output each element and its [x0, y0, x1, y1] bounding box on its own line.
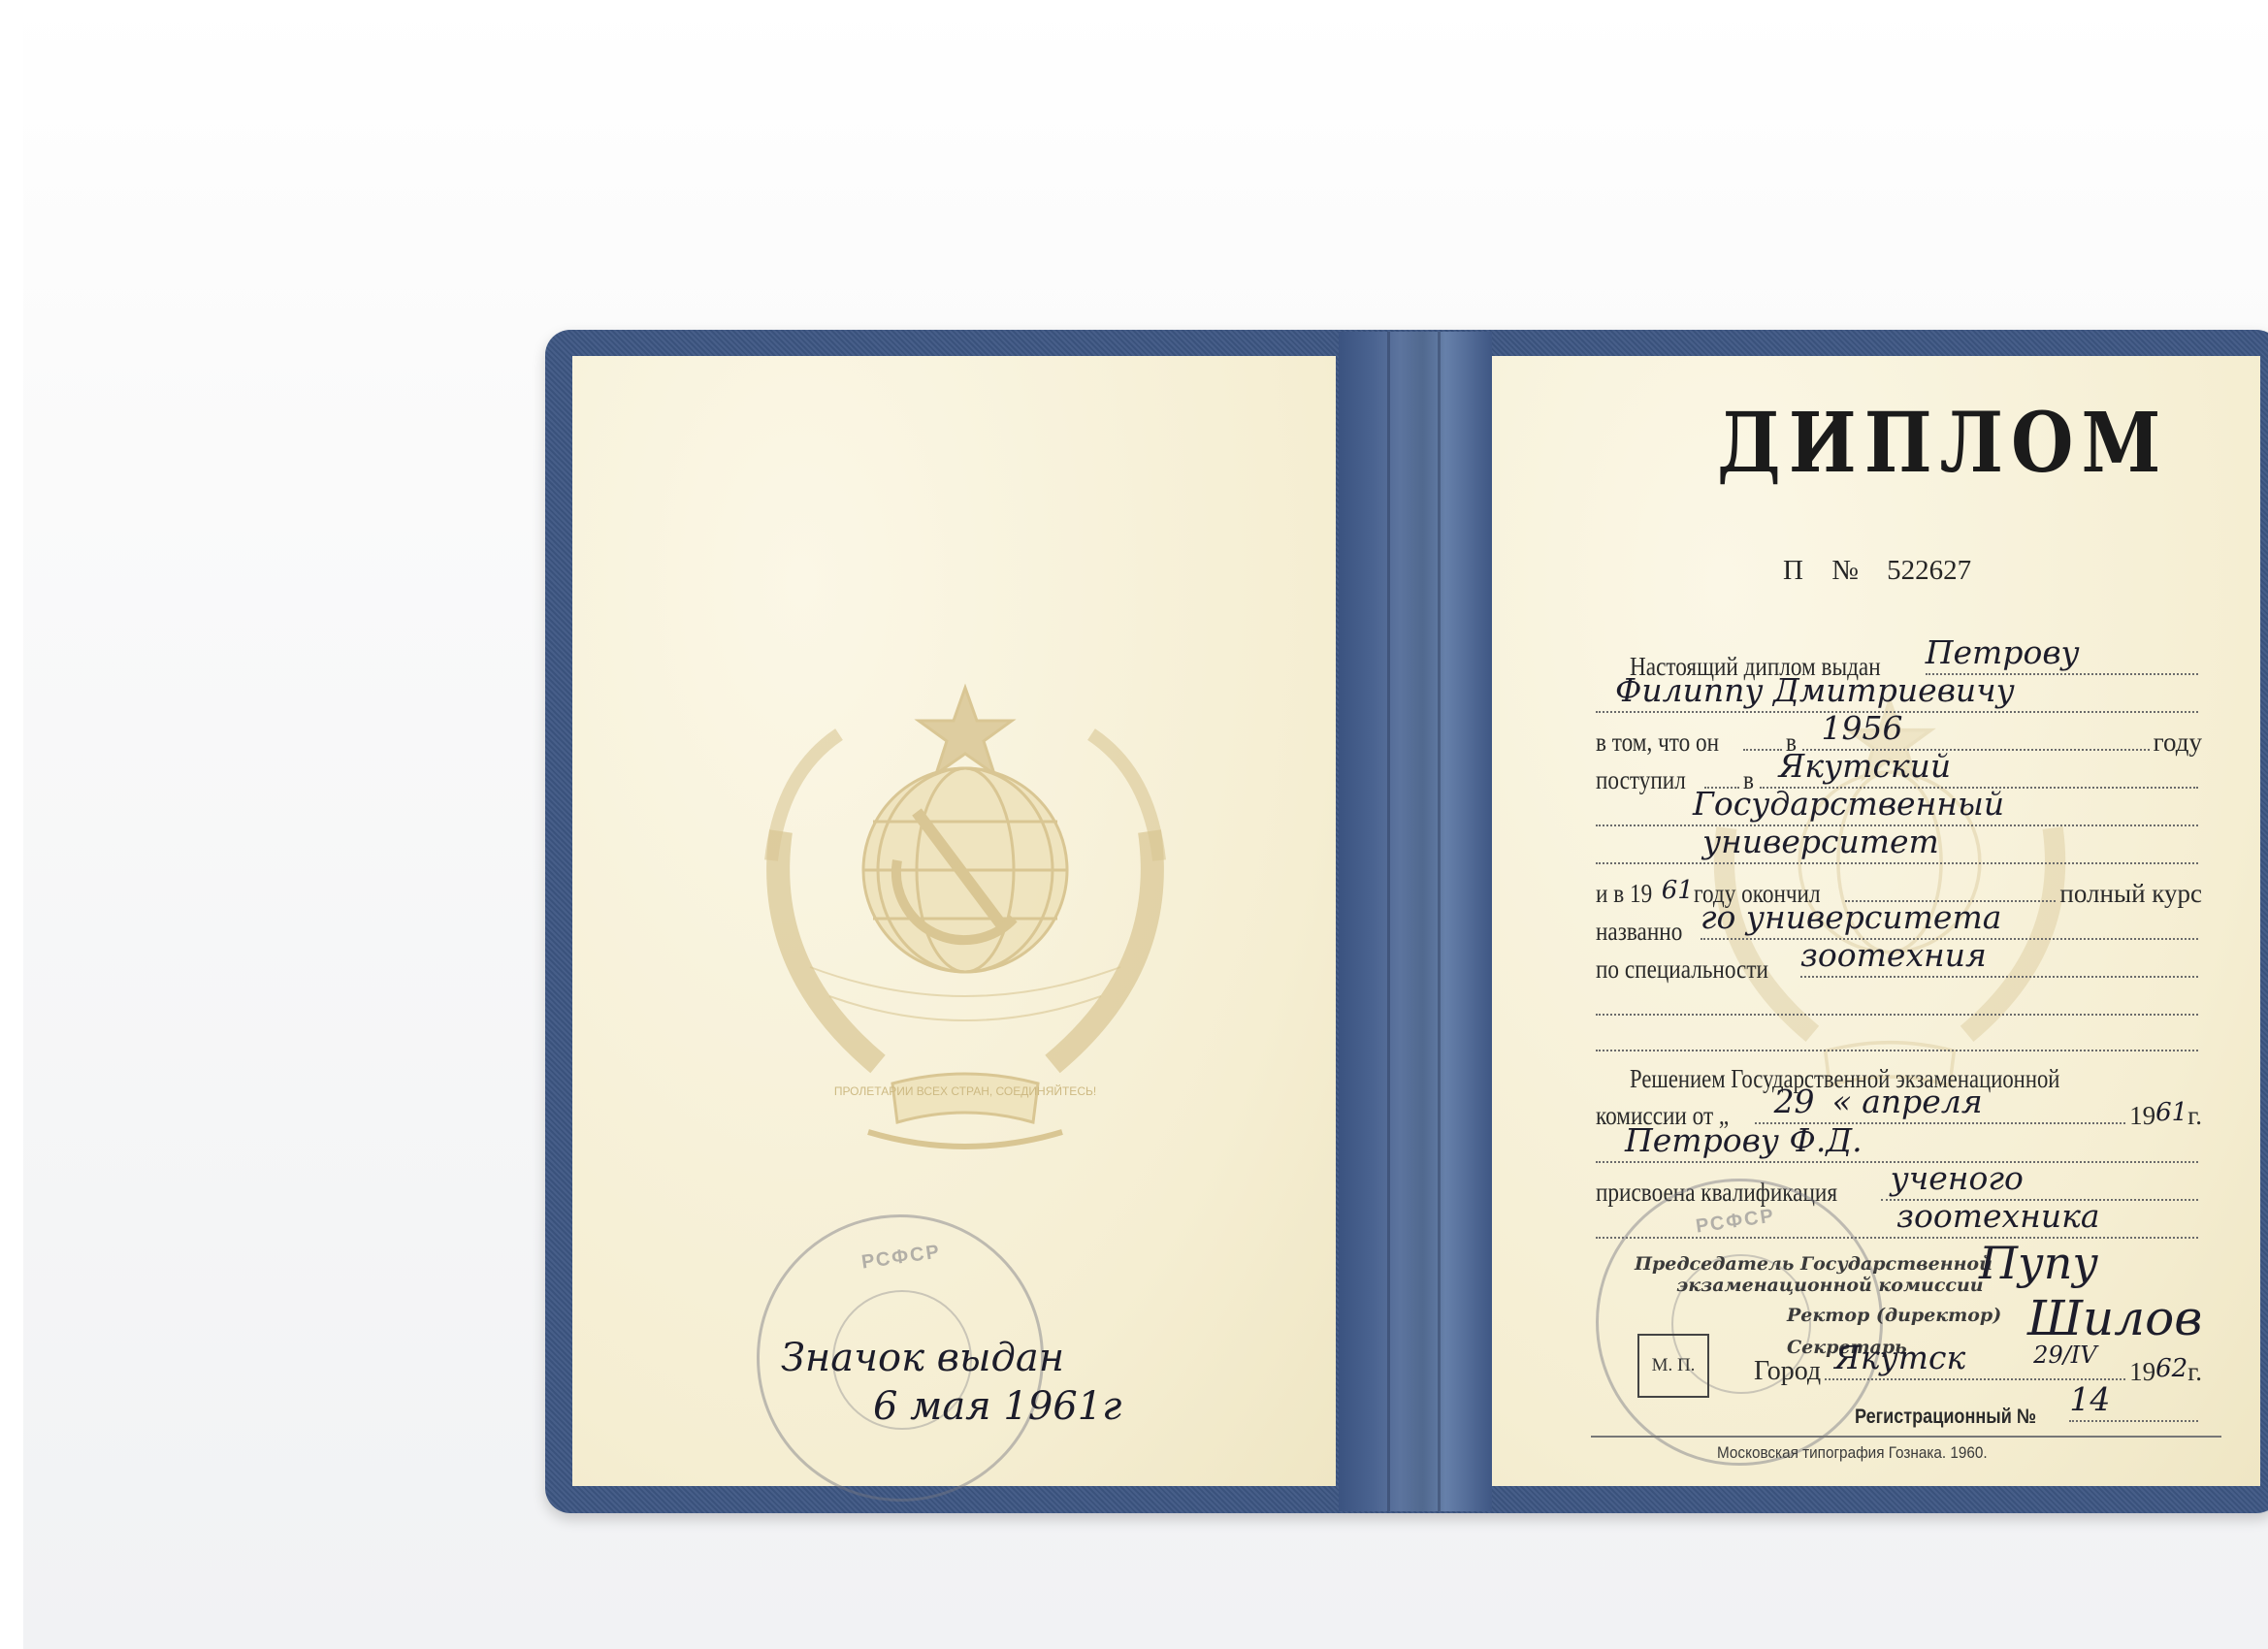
serial-series: П — [1783, 555, 1803, 586]
enrolled-year: 1956 — [1822, 709, 1903, 747]
spine-fold — [1438, 332, 1441, 1511]
institution-line1: Якутский — [1779, 747, 1952, 785]
serial-value: 522627 — [1887, 555, 1971, 586]
form-line-specialty: по специальности зоотехния — [1596, 948, 2202, 985]
rector-signature: Шилов — [2027, 1290, 2202, 1346]
rector-label: Ректор (директор) — [1787, 1305, 2001, 1326]
form-line-city-date: Город Якутск 29/IV 19 62 г. — [1754, 1350, 2202, 1387]
form-line-institution-3: университет — [1596, 834, 2202, 871]
course-institution: го университета — [1701, 898, 2002, 936]
chairman-label-2: экзаменационной комиссии — [1676, 1275, 1984, 1296]
qualification-line1: ученого — [1891, 1159, 2024, 1197]
institution-line3: университет — [1702, 823, 1939, 860]
awarded-recipient: Петрову Ф.Д. — [1625, 1121, 1863, 1159]
decision-year: 61 — [2155, 1098, 2187, 1127]
form-line-blank-2 — [1596, 1021, 2202, 1058]
scan-margin — [0, 0, 23, 1649]
handwritten-note-line2: 6 мая 1961г — [873, 1384, 1121, 1429]
diploma-title: ДИПЛОМ — [1717, 396, 2168, 492]
registration-number: 14 — [2069, 1380, 2110, 1418]
specialty-value: зоотехния — [1800, 936, 1987, 974]
footer-divider — [1591, 1436, 2221, 1438]
printer-imprint: Московская типография Гознака. 1960. — [1717, 1443, 1988, 1463]
graduation-year: 61 — [1662, 876, 1694, 905]
recipient-surname: Петрову — [1926, 633, 2080, 671]
decision-month: « апреля — [1832, 1083, 1983, 1120]
seal-placeholder-box: М. П. — [1637, 1334, 1709, 1398]
chairman-label: Председатель Государственной — [1635, 1253, 1993, 1275]
issue-date: 29/IV — [2033, 1342, 2096, 1369]
qualification-line2: зоотехника — [1896, 1197, 2100, 1235]
form-line-registration: Регистрационный № 14 — [1855, 1392, 2202, 1429]
emblem-motto: ПРОЛЕТАРИИ ВСЕХ СТРАН, СОЕДИНЯЙТЕСЬ! — [834, 1083, 1096, 1098]
chairman-signature: Пупу — [1979, 1237, 2098, 1289]
serial-sign: № — [1831, 555, 1859, 586]
cover-spine — [1339, 332, 1492, 1511]
form-line-blank-1 — [1596, 986, 2202, 1022]
decision-day: 29 — [1774, 1083, 1815, 1120]
handwritten-note-line1: Значок выдан — [781, 1336, 1064, 1380]
diploma-serial-number: П № 522627 — [1783, 555, 1971, 587]
recipient-given-name: Филиппу Дмитриевичу — [1615, 671, 2015, 709]
city-value: Якутск — [1834, 1339, 1965, 1376]
ussr-emblem-icon: ПРОЛЕТАРИИ ВСЕХ СТРАН, СОЕДИНЯЙТЕСЬ! — [723, 676, 1208, 1180]
left-page: ПРОЛЕТАРИИ ВСЕХ СТРАН, СОЕДИНЯЙТЕСЬ! РСФ… — [572, 356, 1336, 1486]
issue-year: 62 — [2155, 1354, 2187, 1383]
institution-line2: Государственный — [1693, 785, 2004, 823]
spine-fold — [1387, 332, 1390, 1511]
